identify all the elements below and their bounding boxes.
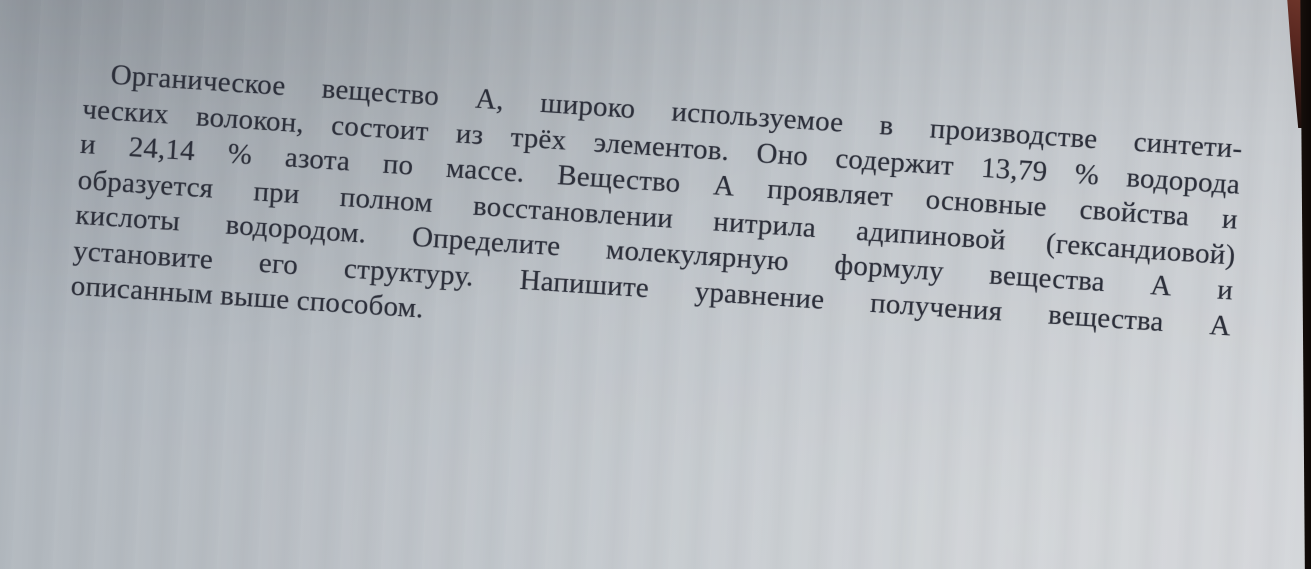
paper-sheet: Органическое вещество А, широко использу… (0, 0, 1305, 569)
chemistry-problem-paragraph: Органическое вещество А, широко использу… (70, 56, 1244, 380)
photographed-document: Органическое вещество А, широко использу… (0, 0, 1311, 569)
